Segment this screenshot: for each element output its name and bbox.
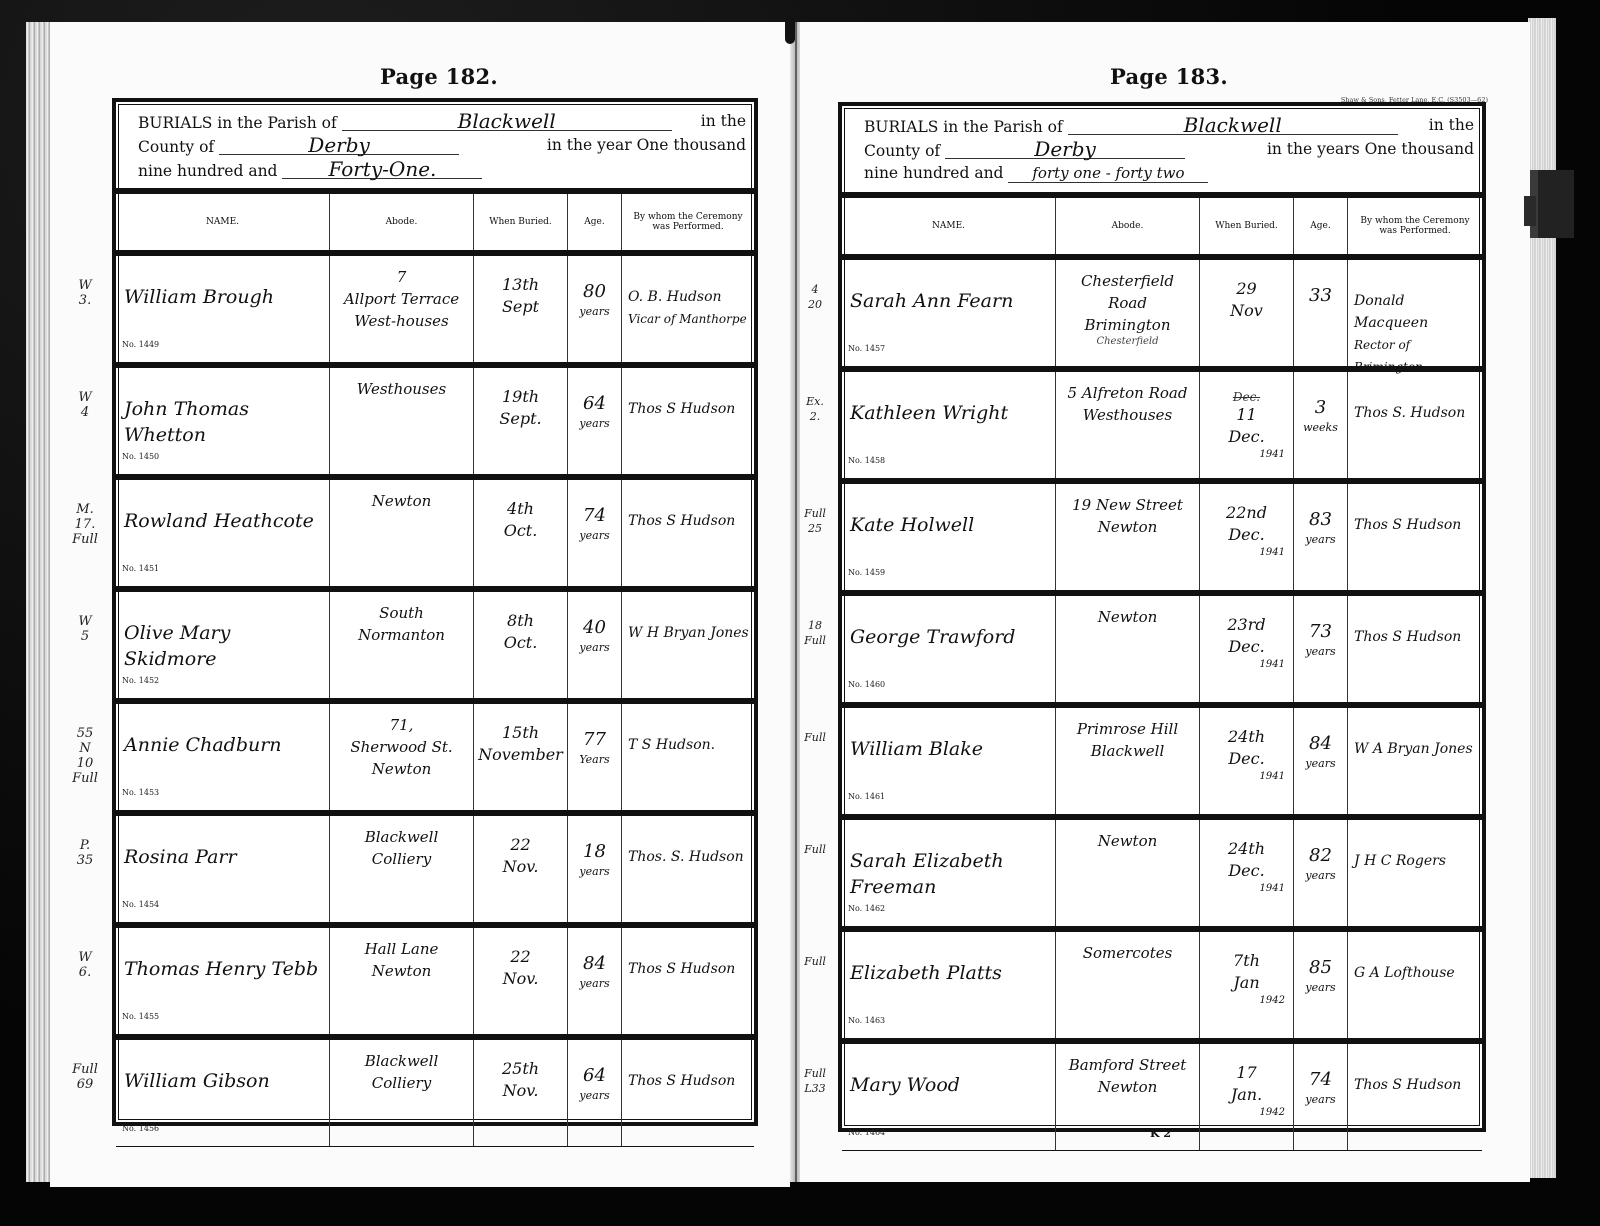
parish-field: Blackwell — [342, 112, 672, 131]
col-abode: Abode. — [1056, 198, 1200, 254]
when-buried-cell: 22ndDec.1941 — [1200, 484, 1294, 590]
officiant-title: Vicar of Manthorpe — [628, 308, 750, 330]
officiant-name: T S Hudson. — [628, 737, 715, 753]
heading-in-the: in the — [1429, 116, 1474, 134]
when-line: Jan. — [1202, 1084, 1291, 1106]
burial-year: 1941 — [1202, 658, 1291, 672]
entry-number: No. 1450 — [122, 444, 159, 470]
table-row: William GibsonNo. 1456BlackwellColliery2… — [116, 1040, 754, 1147]
when-line: 25th — [476, 1058, 565, 1080]
when-line: Nov. — [476, 1080, 565, 1102]
age-value: 40 — [583, 617, 606, 638]
abode-line: Blackwell — [334, 1050, 469, 1072]
abode-cell: SouthNormanton — [330, 592, 474, 698]
when-line: Oct. — [476, 520, 565, 542]
abode-line: 71, — [334, 714, 469, 736]
table-row: Annie ChadburnNo. 145371,Sherwood St.New… — [116, 704, 754, 816]
entry-number: No. 1462 — [848, 896, 885, 922]
age-unit: years — [570, 526, 619, 546]
abode-line: Hall Lane — [334, 938, 469, 960]
when-line: Oct. — [476, 632, 565, 654]
when-line: 7th — [1202, 950, 1291, 972]
col-by-whom: By whom the Ceremony was Performed. — [622, 194, 754, 250]
county-field: Derby — [945, 140, 1185, 159]
abode-cell: Westhouses — [330, 368, 474, 474]
age-cell: 64years — [568, 1040, 622, 1146]
parish-field: Blackwell — [1068, 116, 1398, 135]
burial-year: 1941 — [1202, 448, 1291, 462]
when-buried-cell: 25thNov. — [474, 1040, 568, 1146]
when-line: 23rd — [1202, 614, 1291, 636]
table-row: Thomas Henry TebbNo. 1455Hall LaneNewton… — [116, 928, 754, 1040]
age-cell: 83years — [1294, 484, 1348, 590]
right-page: Page 183. Shaw & Sons, Fetter Lane, E.C.… — [800, 22, 1530, 1182]
when-line: 4th — [476, 498, 565, 520]
when-line: Sept — [476, 296, 565, 318]
officiant-name: O. B. Hudson — [628, 289, 722, 305]
margin-annotation: 4 20 — [794, 282, 836, 312]
name-cell: Olive Mary SkidmoreNo. 1452 — [116, 592, 330, 698]
abode-line: West-houses — [334, 310, 469, 332]
entry-number: No. 1459 — [848, 560, 885, 586]
age-value: 85 — [1309, 957, 1332, 978]
age-unit: years — [1296, 866, 1345, 886]
abode-line: Newton — [334, 490, 469, 512]
when-line: Sept. — [476, 408, 565, 430]
age-value: 3 — [1315, 397, 1326, 418]
page-number: Page 182. — [380, 64, 498, 89]
age-cell: 40years — [568, 592, 622, 698]
heading-nine-hundred: nine hundred and — [864, 164, 1003, 182]
abode-line: Newton — [1060, 516, 1195, 538]
age-value: 74 — [583, 505, 606, 526]
name-cell: Kate HolwellNo. 1459 — [842, 484, 1056, 590]
officiant-name: Donald Macqueen — [1354, 293, 1428, 331]
register-heading: BURIALS in the Parish of Blackwell in th… — [842, 106, 1482, 198]
name-cell: Thomas Henry TebbNo. 1455 — [116, 928, 330, 1034]
margin-annotation: W 5 — [62, 614, 108, 644]
entry-number: No. 1464 — [848, 1120, 885, 1146]
when-line: Jan — [1202, 972, 1291, 994]
officiant-cell: Thos S Hudson — [1348, 1044, 1482, 1150]
struck-date: Dec. — [1202, 390, 1291, 404]
abode-line: Newton — [334, 758, 469, 780]
register-frame: BURIALS in the Parish of Blackwell in th… — [112, 98, 758, 1126]
age-unit: years — [1296, 978, 1345, 998]
when-line: 22 — [476, 834, 565, 856]
officiant-cell: Thos S Hudson — [622, 368, 754, 474]
abode-cell: Chesterfield RoadBrimingtonChesterfield — [1056, 260, 1200, 366]
when-buried-cell: 4thOct. — [474, 480, 568, 586]
officiant-cell: Thos S Hudson — [1348, 484, 1482, 590]
officiant-cell: O. B. HudsonVicar of Manthorpe — [622, 256, 754, 362]
table-row: Kathleen WrightNo. 14585 Alfreton RoadWe… — [842, 372, 1482, 484]
age-value: 18 — [583, 841, 606, 862]
when-buried-cell: 17Jan.1942 — [1200, 1044, 1294, 1150]
abode-cell: BlackwellColliery — [330, 1040, 474, 1146]
left-page: Page 182. BURIALS in the Parish of Black… — [50, 22, 790, 1187]
col-abode: Abode. — [330, 194, 474, 250]
entry-number: No. 1453 — [122, 780, 159, 806]
age-unit: years — [1296, 754, 1345, 774]
abode-line: 5 Alfreton Road — [1060, 382, 1195, 404]
abode-line: South — [334, 602, 469, 624]
county-field: Derby — [219, 136, 459, 155]
abode-line: Bamford Street — [1060, 1054, 1195, 1076]
bookmark-tab-edge — [1524, 196, 1536, 226]
margin-annotation: W 3. — [62, 278, 108, 308]
table-row: Sarah Ann FearnNo. 1457Chesterfield Road… — [842, 260, 1482, 372]
when-buried-cell: 22Nov. — [474, 928, 568, 1034]
entries-list: William BroughNo. 14497Allport TerraceWe… — [116, 256, 754, 1122]
col-by-whom: By whom the Ceremony was Performed. — [1348, 198, 1482, 254]
margin-annotation: Full — [794, 730, 836, 745]
abode-line: Brimington — [1060, 314, 1195, 336]
heading-in-the: in the — [701, 112, 746, 130]
abode-cell: 71,Sherwood St.Newton — [330, 704, 474, 810]
abode-line: 7 — [334, 266, 469, 288]
table-row: Rowland HeathcoteNo. 1451Newton4thOct.74… — [116, 480, 754, 592]
heading-year-label: in the year One thousand — [547, 136, 746, 154]
heading-county-label: County of — [138, 138, 214, 156]
col-name: NAME. — [116, 194, 330, 250]
name-cell: William BlakeNo. 1461 — [842, 708, 1056, 814]
heading-burials-label: BURIALS in the Parish of — [864, 118, 1063, 136]
officiant-cell: Donald MacqueenRector of Brimington — [1348, 260, 1482, 366]
when-line: Dec. — [1202, 748, 1291, 770]
abode-line: Colliery — [334, 1072, 469, 1094]
age-unit: years — [1296, 1090, 1345, 1110]
abode-line: Allport Terrace — [334, 288, 469, 310]
age-unit: years — [1296, 530, 1345, 550]
age-cell: 74years — [1294, 1044, 1348, 1150]
abode-line: Westhouses — [1060, 404, 1195, 426]
abode-cell: Hall LaneNewton — [330, 928, 474, 1034]
when-line: 13th — [476, 274, 565, 296]
officiant-name: Thos S. Hudson — [1354, 405, 1465, 421]
age-value: 84 — [1309, 733, 1332, 754]
age-cell: 84years — [568, 928, 622, 1034]
when-buried-cell: 24thDec.1941 — [1200, 708, 1294, 814]
name-cell: William GibsonNo. 1456 — [116, 1040, 330, 1146]
table-row: Elizabeth PlattsNo. 1463Somercotes7thJan… — [842, 932, 1482, 1044]
abode-cell: Newton — [1056, 596, 1200, 702]
entry-number: No. 1452 — [122, 668, 159, 694]
when-line: Dec. — [1202, 524, 1291, 546]
age-value: 33 — [1309, 285, 1332, 306]
register-frame: BURIALS in the Parish of Blackwell in th… — [838, 102, 1486, 1132]
age-cell: 33 — [1294, 260, 1348, 366]
abode-cell: BlackwellColliery — [330, 816, 474, 922]
age-unit: Years — [570, 750, 619, 770]
age-unit: years — [570, 414, 619, 434]
margin-annotation: W 4 — [62, 390, 108, 420]
when-line: Nov. — [476, 856, 565, 878]
abode-line: Somercotes — [1060, 942, 1195, 964]
age-unit: years — [1296, 642, 1345, 662]
margin-annotation: P. 35 — [62, 838, 108, 868]
entry-number: No. 1460 — [848, 672, 885, 698]
when-line: 8th — [476, 610, 565, 632]
officiant-cell: W H Bryan Jones — [622, 592, 754, 698]
when-buried-cell: 13thSept — [474, 256, 568, 362]
margin-annotation: 18 Full — [794, 618, 836, 648]
age-cell: 64years — [568, 368, 622, 474]
name-cell: Annie ChadburnNo. 1453 — [116, 704, 330, 810]
officiant-name: Thos S Hudson — [1354, 1077, 1461, 1093]
heading-nine-hundred: nine hundred and — [138, 162, 277, 180]
officiant-name: W H Bryan Jones — [628, 625, 749, 641]
officiant-cell: Thos S. Hudson — [1348, 372, 1482, 478]
when-buried-cell: 23rdDec.1941 — [1200, 596, 1294, 702]
name-cell: George TrawfordNo. 1460 — [842, 596, 1056, 702]
officiant-name: G A Lofthouse — [1354, 965, 1455, 981]
officiant-name: W A Bryan Jones — [1354, 741, 1473, 757]
abode-note: Chesterfield — [1060, 336, 1195, 348]
name-cell: Elizabeth PlattsNo. 1463 — [842, 932, 1056, 1038]
col-age: Age. — [568, 194, 622, 250]
when-line: 17 — [1202, 1062, 1291, 1084]
abode-line: Newton — [1060, 830, 1195, 852]
age-cell: 74years — [568, 480, 622, 586]
when-line: Nov. — [476, 968, 565, 990]
margin-annotation: Full L33 — [794, 1066, 836, 1096]
year-field: Forty-One. — [282, 160, 482, 179]
entry-number: No. 1463 — [848, 1008, 885, 1034]
name-cell: Rosina ParrNo. 1454 — [116, 816, 330, 922]
heading-year-label: in the years One thousand — [1267, 140, 1474, 158]
column-headers: NAME. Abode. When Buried. Age. By whom t… — [842, 198, 1482, 260]
when-line: November — [476, 744, 565, 766]
table-row: Kate HolwellNo. 145919 New StreetNewton2… — [842, 484, 1482, 596]
abode-line: Newton — [1060, 606, 1195, 628]
age-cell: 77Years — [568, 704, 622, 810]
burial-year: 1941 — [1202, 882, 1291, 896]
officiant-cell: Thos S Hudson — [1348, 596, 1482, 702]
table-row: Rosina ParrNo. 1454BlackwellColliery22No… — [116, 816, 754, 928]
abode-line: Newton — [334, 960, 469, 982]
burial-year: 1942 — [1202, 1106, 1291, 1120]
margin-annotation: 55 N 10 Full — [62, 726, 108, 786]
when-line: Nov — [1202, 300, 1291, 322]
abode-cell: Newton — [1056, 820, 1200, 926]
officiant-cell: Thos S Hudson — [622, 480, 754, 586]
officiant-name: Thos S Hudson — [1354, 629, 1461, 645]
burial-year: 1941 — [1202, 770, 1291, 784]
abode-cell: 19 New StreetNewton — [1056, 484, 1200, 590]
officiant-cell: Thos S Hudson — [622, 1040, 754, 1146]
age-unit: years — [570, 302, 619, 322]
abode-line: Blackwell — [334, 826, 469, 848]
abode-line: Sherwood St. — [334, 736, 469, 758]
when-line: 15th — [476, 722, 565, 744]
name-cell: Rowland HeathcoteNo. 1451 — [116, 480, 330, 586]
abode-cell: Newton — [330, 480, 474, 586]
officiant-cell: J H C Rogers — [1348, 820, 1482, 926]
margin-annotation: Ex. 2. — [794, 394, 836, 424]
age-value: 82 — [1309, 845, 1332, 866]
binding-clip — [785, 18, 795, 44]
table-row: John Thomas WhettonNo. 1450Westhouses19t… — [116, 368, 754, 480]
when-line: Dec. — [1202, 426, 1291, 448]
table-row: William BlakeNo. 1461Primrose HillBlackw… — [842, 708, 1482, 820]
age-cell: 80years — [568, 256, 622, 362]
margin-annotation: M. 17. Full — [62, 502, 108, 547]
age-cell: 3weeks — [1294, 372, 1348, 478]
name-cell: Mary WoodNo. 1464 — [842, 1044, 1056, 1150]
when-buried-cell: 24thDec.1941 — [1200, 820, 1294, 926]
name-cell: William BroughNo. 1449 — [116, 256, 330, 362]
when-buried-cell: 8thOct. — [474, 592, 568, 698]
entry-number: No. 1454 — [122, 892, 159, 918]
abode-line: Newton — [1060, 1076, 1195, 1098]
officiant-cell: Thos. S. Hudson — [622, 816, 754, 922]
margin-annotation: Full — [794, 954, 836, 969]
margin-annotation: Full — [794, 842, 836, 857]
entry-number: No. 1455 — [122, 1004, 159, 1030]
abode-line: Primrose Hill — [1060, 718, 1195, 740]
age-cell: 82years — [1294, 820, 1348, 926]
age-unit: years — [570, 638, 619, 658]
col-age: Age. — [1294, 198, 1348, 254]
officiant-name: Thos S Hudson — [628, 1073, 735, 1089]
book-background: Page 182. BURIALS in the Parish of Black… — [0, 0, 1600, 1226]
officiant-name: Thos S Hudson — [1354, 517, 1461, 533]
abode-line: Normanton — [334, 624, 469, 646]
col-when-buried: When Buried. — [1200, 198, 1294, 254]
age-value: 73 — [1309, 621, 1332, 642]
when-line: Dec. — [1202, 860, 1291, 882]
age-unit: years — [570, 862, 619, 882]
age-value: 64 — [583, 1065, 606, 1086]
age-unit: years — [570, 974, 619, 994]
register-heading: BURIALS in the Parish of Blackwell in th… — [116, 102, 754, 194]
when-buried-cell: 15thNovember — [474, 704, 568, 810]
table-row: William BroughNo. 14497Allport TerraceWe… — [116, 256, 754, 368]
when-buried-cell: 19thSept. — [474, 368, 568, 474]
when-buried-cell: Dec.11Dec.1941 — [1200, 372, 1294, 478]
entry-number: No. 1457 — [848, 336, 885, 362]
when-line: 11 — [1202, 404, 1291, 426]
when-line: 29 — [1202, 278, 1291, 300]
age-value: 83 — [1309, 509, 1332, 530]
abode-line: Colliery — [334, 848, 469, 870]
when-line: 22 — [476, 946, 565, 968]
when-line: 22nd — [1202, 502, 1291, 524]
when-buried-cell: 7thJan1942 — [1200, 932, 1294, 1038]
officiant-cell: G A Lofthouse — [1348, 932, 1482, 1038]
officiant-name: Thos. S. Hudson — [628, 849, 744, 865]
officiant-name: Thos S Hudson — [628, 961, 735, 977]
age-unit: years — [570, 1086, 619, 1106]
age-cell: 85years — [1294, 932, 1348, 1038]
col-when-buried: When Buried. — [474, 194, 568, 250]
when-buried-cell: 22Nov. — [474, 816, 568, 922]
burial-year: 1942 — [1202, 994, 1291, 1008]
when-line: 19th — [476, 386, 565, 408]
name-cell: Kathleen WrightNo. 1458 — [842, 372, 1056, 478]
entries-list: Sarah Ann FearnNo. 1457Chesterfield Road… — [842, 260, 1482, 1128]
when-line: Dec. — [1202, 636, 1291, 658]
margin-annotation: Full 69 — [62, 1062, 108, 1092]
table-row: Olive Mary SkidmoreNo. 1452SouthNormanto… — [116, 592, 754, 704]
burial-year: 1941 — [1202, 546, 1291, 560]
abode-cell: Bamford StreetNewton — [1056, 1044, 1200, 1150]
bookmark-tab — [1530, 170, 1574, 238]
age-value: 74 — [1309, 1069, 1332, 1090]
heading-burials-label: BURIALS in the Parish of — [138, 114, 337, 132]
entry-number: No. 1451 — [122, 556, 159, 582]
column-headers: NAME. Abode. When Buried. Age. By whom t… — [116, 194, 754, 256]
entry-number: No. 1456 — [122, 1116, 159, 1142]
margin-annotation: W 6. — [62, 950, 108, 980]
when-line: 24th — [1202, 726, 1291, 748]
age-value: 80 — [583, 281, 606, 302]
officiant-cell: Thos S Hudson — [622, 928, 754, 1034]
officiant-name: J H C Rogers — [1354, 853, 1446, 869]
abode-cell: 7Allport TerraceWest-houses — [330, 256, 474, 362]
abode-line: Westhouses — [334, 378, 469, 400]
age-value: 64 — [583, 393, 606, 414]
table-row: George TrawfordNo. 1460Newton23rdDec.194… — [842, 596, 1482, 708]
age-value: 84 — [583, 953, 606, 974]
entry-number: No. 1461 — [848, 784, 885, 810]
entry-number: No. 1458 — [848, 448, 885, 474]
abode-line: 19 New Street — [1060, 494, 1195, 516]
when-line: 24th — [1202, 838, 1291, 860]
age-unit: weeks — [1296, 418, 1345, 438]
table-row: Sarah Elizabeth FreemanNo. 1462Newton24t… — [842, 820, 1482, 932]
when-buried-cell: 29Nov — [1200, 260, 1294, 366]
age-cell: 18years — [568, 816, 622, 922]
entry-number: No. 1449 — [122, 332, 159, 358]
year-field: forty one - forty two — [1008, 164, 1208, 183]
age-cell: 84years — [1294, 708, 1348, 814]
heading-county-label: County of — [864, 142, 940, 160]
officiant-cell: T S Hudson. — [622, 704, 754, 810]
officiant-name: Thos S Hudson — [628, 513, 735, 529]
name-cell: Sarah Ann FearnNo. 1457 — [842, 260, 1056, 366]
officiant-cell: W A Bryan Jones — [1348, 708, 1482, 814]
col-name: NAME. — [842, 198, 1056, 254]
abode-line: Blackwell — [1060, 740, 1195, 762]
abode-line: Chesterfield Road — [1060, 270, 1195, 314]
name-cell: John Thomas WhettonNo. 1450 — [116, 368, 330, 474]
age-value: 77 — [583, 729, 606, 750]
name-cell: Sarah Elizabeth FreemanNo. 1462 — [842, 820, 1056, 926]
page-number: Page 183. — [1110, 64, 1228, 89]
abode-cell: Somercotes — [1056, 932, 1200, 1038]
abode-cell: Primrose HillBlackwell — [1056, 708, 1200, 814]
abode-cell: 5 Alfreton RoadWesthouses — [1056, 372, 1200, 478]
signature-mark: K 2 — [1150, 1127, 1171, 1140]
officiant-name: Thos S Hudson — [628, 401, 735, 417]
margin-annotation: Full 25 — [794, 506, 836, 536]
age-cell: 73years — [1294, 596, 1348, 702]
